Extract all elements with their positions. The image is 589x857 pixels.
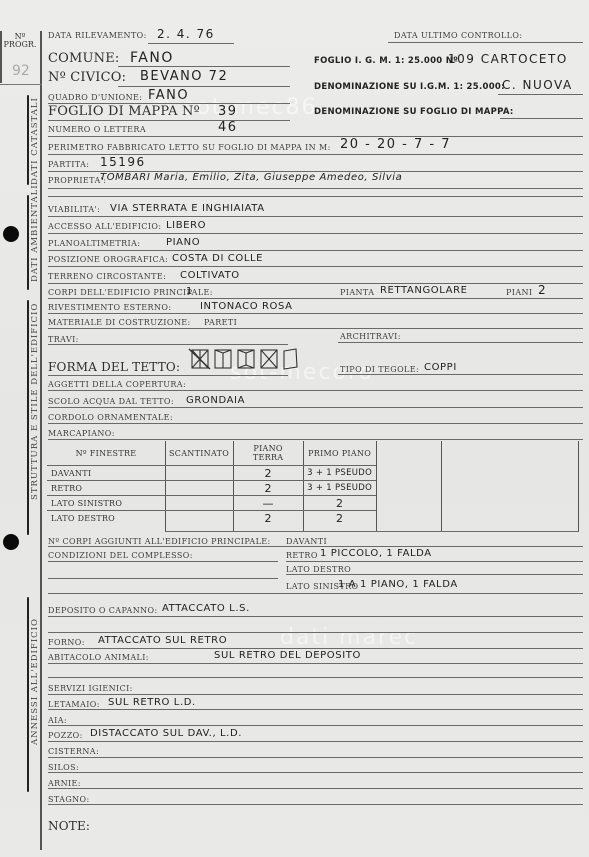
windows-table: Nº FINESTRE SCANTINATO PIANO TERRA PRIMO… bbox=[47, 441, 376, 525]
partita-label: PARTITA: bbox=[48, 160, 89, 169]
viabilita-label: VIABILITA': bbox=[48, 205, 100, 214]
plano-label: PLANOALTIMETRIA: bbox=[48, 239, 140, 248]
underline bbox=[48, 266, 583, 267]
foglio-mappa-value[interactable]: 39 bbox=[218, 104, 238, 119]
abitacolo-label: ABITACOLO ANIMALI: bbox=[48, 653, 149, 662]
roof-gable-icon[interactable] bbox=[215, 350, 231, 368]
row-label: LATO DESTRO bbox=[47, 511, 165, 526]
cell-scantinato[interactable] bbox=[165, 496, 233, 511]
accesso-label: ACCESSO ALL'EDIFICIO: bbox=[48, 222, 161, 231]
partita-value[interactable]: 15196 bbox=[100, 155, 146, 169]
arnie-label: ARNIE: bbox=[48, 779, 81, 788]
aia-label: AIA: bbox=[48, 716, 67, 725]
underline bbox=[48, 407, 583, 408]
cell-primo-piano[interactable]: 3 + 1 PSEUDO bbox=[303, 481, 376, 496]
underline bbox=[48, 250, 583, 251]
aggetti-label: AGGETTI DELLA COPERTURA: bbox=[48, 380, 186, 389]
survey-form-page: © sot-mec86 sot-mecoro dati marec Nº PRO… bbox=[0, 0, 589, 857]
underline bbox=[48, 298, 583, 299]
underline bbox=[48, 375, 288, 376]
table-row: LATO DESTRO 2 2 bbox=[47, 511, 376, 526]
underline bbox=[48, 196, 583, 197]
cell-piano-terra[interactable]: 2 bbox=[233, 511, 303, 526]
table-header: Nº FINESTRE bbox=[47, 441, 165, 466]
underline bbox=[48, 546, 583, 547]
underline bbox=[48, 593, 583, 594]
underline bbox=[48, 188, 583, 189]
cell-primo-piano[interactable]: 3 + 1 PSEUDO bbox=[303, 466, 376, 481]
travi-label: TRAVI: bbox=[48, 335, 79, 344]
underline bbox=[338, 342, 583, 343]
igm-denom-value[interactable]: C. NUOVA bbox=[502, 78, 573, 92]
section-label-struttura: STRUTTURA E STILE DELL'EDIFICIO bbox=[30, 303, 40, 500]
roof-single-pitch-icon[interactable] bbox=[284, 349, 297, 369]
underline bbox=[118, 86, 290, 87]
table-border bbox=[165, 531, 579, 532]
binder-hole-icon bbox=[3, 534, 19, 550]
section-label-annessi: ANNESSI ALL'EDIFICIO bbox=[30, 618, 40, 745]
form-margin-line bbox=[40, 90, 42, 850]
proprieta-value[interactable]: TOMBARI Maria, Emilio, Zita, Giuseppe Am… bbox=[100, 172, 402, 183]
underline bbox=[48, 390, 583, 391]
quadro-value[interactable]: FANO bbox=[148, 88, 189, 103]
igm-foglio-value[interactable]: 109 CARTOCETO bbox=[448, 52, 568, 66]
pianta-value[interactable]: RETTANGOLARE bbox=[380, 285, 468, 296]
underline bbox=[48, 663, 583, 664]
table-divider bbox=[441, 441, 442, 531]
underline bbox=[48, 804, 583, 805]
viabilita-value[interactable]: VIA STERRATA E INGHIAIATA bbox=[110, 203, 265, 214]
table-divider bbox=[578, 441, 579, 531]
underline bbox=[148, 43, 234, 44]
stagno-label: STAGNO: bbox=[48, 795, 90, 804]
cordolo-label: CORDOLO ORNAMENTALE: bbox=[48, 413, 173, 422]
forma-tetto-label: FORMA DEL TETTO: bbox=[48, 360, 180, 374]
underline bbox=[48, 757, 583, 758]
cell-primo-piano[interactable]: 2 bbox=[303, 511, 376, 526]
pianta-label: PIANTA bbox=[340, 288, 374, 297]
numero-value[interactable]: 46 bbox=[218, 120, 238, 135]
progr-label-text: PROGR. bbox=[2, 41, 38, 49]
underline bbox=[48, 578, 278, 579]
posizione-value[interactable]: COSTA DI COLLE bbox=[172, 253, 263, 264]
abitacolo-value[interactable]: SUL RETRO DEL DEPOSITO bbox=[214, 650, 361, 661]
retro-label: RETRO bbox=[286, 551, 318, 560]
letamaio-value[interactable]: SUL RETRO L.D. bbox=[108, 697, 196, 708]
section-bar bbox=[27, 300, 29, 535]
table-header: PIANO TERRA bbox=[233, 441, 303, 466]
underline bbox=[48, 648, 583, 649]
lato-sinistro-value[interactable]: 1 A 1 PIANO, 1 FALDA bbox=[338, 579, 458, 590]
table-row: DAVANTI 2 3 + 1 PSEUDO bbox=[47, 466, 376, 481]
note-label: NOTE: bbox=[48, 819, 90, 833]
architravi-label: ARCHITRAVI: bbox=[340, 332, 401, 341]
roof-shape-options bbox=[188, 347, 300, 371]
section-bar bbox=[27, 95, 29, 185]
tegole-label: TIPO DI TEGOLE: bbox=[340, 365, 419, 374]
progr-label: Nº PROGR. bbox=[2, 33, 38, 50]
roof-shapes-icon bbox=[188, 347, 300, 371]
note-field[interactable] bbox=[100, 815, 580, 850]
data-rilevamento-value[interactable]: 2. 4. 76 bbox=[157, 27, 215, 41]
underline bbox=[48, 772, 583, 773]
igm-denom-label: DENOMINAZIONE SU I.G.M. 1: 25.000: bbox=[314, 82, 505, 92]
cell-primo-piano[interactable]: 2 bbox=[303, 496, 376, 511]
table-row: LATO SINISTRO — 2 bbox=[47, 496, 376, 511]
cell-scantinato[interactable] bbox=[165, 511, 233, 526]
data-ultimo-controllo-label: DATA ULTIMO CONTROLLO: bbox=[394, 31, 522, 40]
condizioni-label: CONDIZIONI DEL COMPLESSO: bbox=[48, 551, 193, 560]
underline bbox=[48, 725, 583, 726]
progr-number: 92 bbox=[12, 63, 30, 79]
progr-box-border bbox=[40, 31, 42, 91]
materiale-label: MATERIALE DI COSTRUZIONE: bbox=[48, 318, 191, 327]
terreno-label: TERRENO CIRCOSTANTE: bbox=[48, 272, 166, 281]
roof-double-gable-icon[interactable] bbox=[238, 350, 254, 368]
tegole-value[interactable]: COPPI bbox=[424, 362, 457, 373]
underline bbox=[48, 344, 288, 345]
section-label-dati-ambientali: DATI AMBIENTALI bbox=[30, 184, 40, 282]
cell-scantinato[interactable] bbox=[165, 466, 233, 481]
corpi-value[interactable]: 1 bbox=[186, 286, 193, 297]
underline bbox=[48, 216, 583, 217]
roof-hip-icon[interactable] bbox=[189, 349, 210, 369]
forno-label: FORNO: bbox=[48, 638, 85, 647]
underline bbox=[286, 561, 583, 562]
pozzo-value[interactable]: DISTACCATO SUL DAV., L.D. bbox=[90, 728, 242, 739]
underline bbox=[286, 574, 583, 575]
perimetro-label: PERIMETRO FABBRICATO LETTO SU FOGLIO DI … bbox=[48, 143, 331, 152]
underline bbox=[498, 94, 583, 95]
perimetro-value[interactable]: 20 - 20 - 7 - 7 bbox=[340, 137, 451, 152]
underline bbox=[48, 632, 583, 633]
marcapiano-label: MARCAPIANO: bbox=[48, 429, 115, 438]
letamaio-label: LETAMAIO: bbox=[48, 700, 100, 709]
silos-label: SILOS: bbox=[48, 763, 79, 772]
underline bbox=[48, 788, 583, 789]
section-bar bbox=[27, 195, 29, 290]
underline bbox=[48, 616, 583, 617]
deposito-value[interactable]: ATTACCATO L.S. bbox=[162, 603, 250, 614]
foglio-mappa-label: FOGLIO DI MAPPA Nº bbox=[48, 104, 200, 119]
cisterna-label: CISTERNA: bbox=[48, 747, 99, 756]
row-label: RETRO bbox=[47, 481, 165, 496]
underline bbox=[48, 439, 583, 440]
row-label: DAVANTI bbox=[47, 466, 165, 481]
accesso-value[interactable]: LIBERO bbox=[166, 220, 206, 231]
posizione-label: POSIZIONE OROGRAFICA: bbox=[48, 255, 168, 264]
comune-value[interactable]: FANO bbox=[130, 50, 174, 66]
davanti-label: DAVANTI bbox=[286, 537, 327, 546]
underline bbox=[48, 709, 583, 710]
igm-foglio-label: FOGLIO I. G. M. 1: 25.000 Nº bbox=[314, 56, 458, 66]
table-header: SCANTINATO bbox=[165, 441, 233, 466]
underline bbox=[48, 120, 290, 121]
scolo-value[interactable]: GRONDAIA bbox=[186, 395, 245, 406]
underline bbox=[48, 694, 583, 695]
terreno-value[interactable]: COLTIVATO bbox=[180, 270, 240, 281]
underline bbox=[118, 66, 290, 67]
piani-label: PIANI bbox=[506, 288, 532, 297]
plano-value[interactable]: PIANO bbox=[166, 237, 200, 248]
section-bar bbox=[27, 597, 29, 792]
rivestimento-label: RIVESTIMENTO ESTERNO: bbox=[48, 303, 171, 312]
scolo-label: SCOLO ACQUA DAL TETTO: bbox=[48, 397, 174, 406]
numero-label: NUMERO o LETTERA bbox=[48, 125, 146, 134]
corpi-aggiunti-label: Nº CORPI AGGIUNTI ALL'EDIFICIO PRINCIPAL… bbox=[48, 537, 271, 546]
mappa-denom-label: DENOMINAZIONE SU FOGLIO DI MAPPA: bbox=[314, 107, 514, 117]
civico-value[interactable]: BEVANO 72 bbox=[140, 69, 228, 84]
deposito-label: DEPOSITO o CAPANNO: bbox=[48, 606, 158, 615]
cell-scantinato[interactable] bbox=[165, 481, 233, 496]
row-label: LATO SINISTRO bbox=[47, 496, 165, 511]
binder-hole-icon bbox=[3, 226, 19, 242]
progr-box-border bbox=[0, 31, 2, 83]
roof-pyramid-icon[interactable] bbox=[261, 350, 277, 368]
underline bbox=[48, 741, 583, 742]
civico-label: Nº CIVICO: bbox=[48, 70, 126, 85]
table-row: RETRO 2 3 + 1 PSEUDO bbox=[47, 481, 376, 496]
cell-piano-terra[interactable]: — bbox=[233, 496, 303, 511]
watermark: dati marec bbox=[280, 625, 418, 650]
underline bbox=[338, 374, 583, 375]
underline bbox=[48, 313, 583, 314]
underline bbox=[48, 233, 583, 234]
quadro-label: QUADRO D'UNIONE: bbox=[48, 93, 142, 102]
comune-label: COMUNE: bbox=[48, 51, 120, 66]
servizi-label: SERVIZI IGIENICI: bbox=[48, 684, 133, 693]
table-header: PRIMO PIANO bbox=[303, 441, 376, 466]
underline bbox=[388, 42, 583, 43]
forno-value[interactable]: ATTACCATO SUL RETRO bbox=[98, 635, 227, 646]
underline bbox=[48, 136, 583, 137]
underline bbox=[48, 561, 278, 562]
materiale-value: PARETI bbox=[204, 318, 237, 327]
underline bbox=[500, 118, 583, 119]
underline bbox=[48, 328, 583, 329]
piani-value[interactable]: 2 bbox=[538, 283, 547, 297]
data-rilevamento-label: DATA RILEVAMENTO: bbox=[48, 31, 147, 40]
cell-piano-terra[interactable]: 2 bbox=[233, 481, 303, 496]
rivestimento-value[interactable]: INTONACO ROSA bbox=[200, 301, 293, 312]
cell-piano-terra[interactable]: 2 bbox=[233, 466, 303, 481]
underline bbox=[48, 677, 583, 678]
progr-box-border bbox=[0, 84, 42, 85]
proprieta-label: PROPRIETA': bbox=[48, 176, 106, 185]
underline bbox=[48, 283, 583, 284]
table-header-row: Nº FINESTRE SCANTINATO PIANO TERRA PRIMO… bbox=[47, 441, 376, 466]
pozzo-label: POZZO: bbox=[48, 731, 83, 740]
retro-value[interactable]: 1 PICCOLO, 1 FALDA bbox=[320, 548, 432, 559]
underline bbox=[48, 423, 583, 424]
section-label-dati-catastali: DATI CATASTALI bbox=[30, 97, 40, 185]
table-divider bbox=[376, 441, 377, 531]
lato-destro-label: LATO DESTRO bbox=[286, 565, 351, 574]
